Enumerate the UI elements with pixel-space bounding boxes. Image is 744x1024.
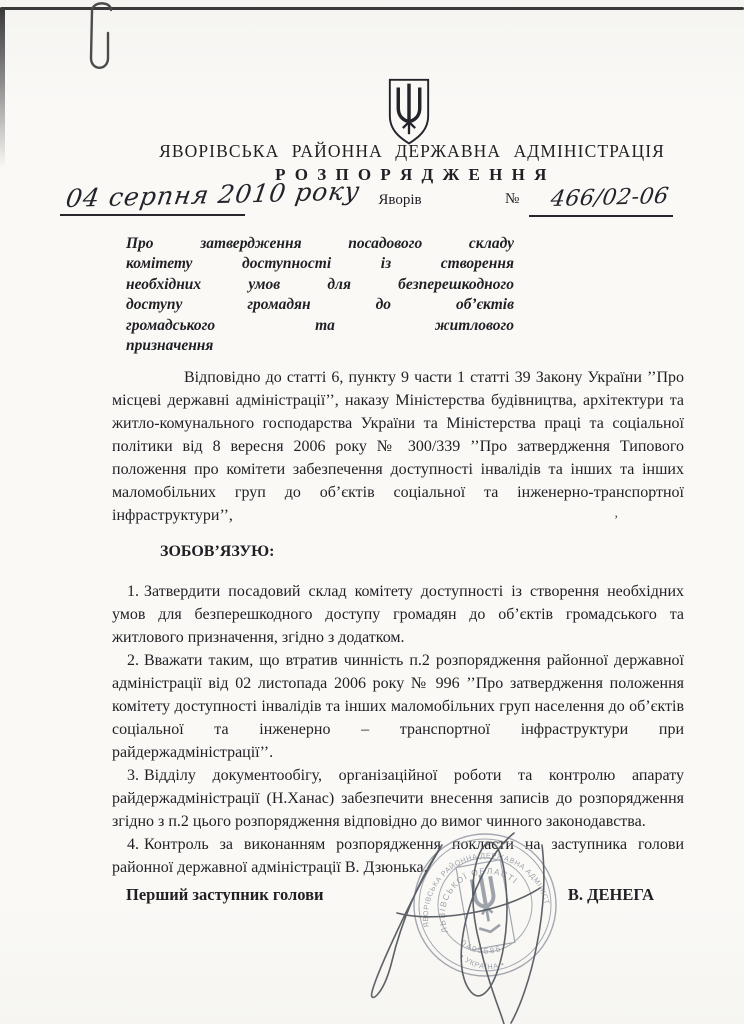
scanned-document-page: ЯВОРІВСЬКА РАЙОННА ДЕРЖАВНА АДМІНІСТРАЦІ… bbox=[0, 0, 744, 1024]
item-number: 4. bbox=[127, 836, 139, 853]
subject-line: комітету доступності із створення bbox=[126, 254, 514, 274]
handwritten-date: 04 серпня 2010 року bbox=[64, 176, 362, 213]
city-label: Яворів bbox=[340, 192, 460, 209]
item-number: 3. bbox=[127, 767, 139, 784]
scan-speck: ʼ bbox=[614, 512, 618, 528]
seal-outer-ring-text: ЯВОРІВСЬКА РАЙОННА ДЕРЖАВНА АДМІНІСТРАЦІ… bbox=[352, 793, 552, 941]
order-item-1: 1.Затвердити посадовий склад комітету до… bbox=[112, 580, 684, 649]
svg-text:ЯВОРІВСЬКА РАЙОННА ДЕРЖАВНА АД: ЯВОРІВСЬКА РАЙОННА ДЕРЖАВНА АДМІНІСТРАЦІ… bbox=[352, 793, 552, 941]
date-underline bbox=[60, 214, 245, 216]
paperclip-icon bbox=[66, 0, 130, 92]
handwritten-number: 466/02-06 bbox=[549, 184, 671, 212]
item-text: Затвердити посадовий склад комітету дост… bbox=[112, 583, 684, 646]
round-official-stamp: ЯВОРІВСЬКА РАЙОННА ДЕРЖАВНА АДМІНІСТРАЦІ… bbox=[352, 793, 567, 999]
item-text: Вважати таким, що втратив чинність п.2 р… bbox=[112, 652, 684, 761]
scan-edge-shadow bbox=[0, 8, 5, 168]
org-name: ЯВОРІВСЬКА РАЙОННА ДЕРЖАВНА АДМІНІСТРАЦІ… bbox=[112, 141, 712, 162]
signatory-title: Перший заступник голови bbox=[126, 885, 324, 905]
ukraine-trident-emblem bbox=[386, 77, 432, 147]
subject-block: Про затвердження посадового складу коміт… bbox=[126, 234, 514, 356]
subject-line: громадського та житлового bbox=[126, 316, 514, 336]
number-underline bbox=[529, 215, 673, 217]
subject-line: Про затвердження посадового складу bbox=[126, 234, 514, 254]
subject-line: призначення bbox=[126, 336, 514, 356]
number-sign: № bbox=[505, 191, 519, 208]
subject-line: доступу громадян до об’єктів bbox=[126, 295, 514, 315]
subject-line: необхідних умов для безперешкодного bbox=[126, 275, 514, 295]
item-number: 2. bbox=[127, 652, 139, 669]
preamble: Відповідно до статті 6, пункту 9 части 1… bbox=[112, 366, 684, 527]
order-item-2: 2.Вважати таким, що втратив чинність п.2… bbox=[112, 649, 684, 764]
obligation-heading: ЗОБОВ’ЯЗУЮ: bbox=[160, 540, 684, 563]
official-seal-and-signature: ЯВОРІВСЬКА РАЙОННА ДЕРЖАВНА АДМІНІСТРАЦІ… bbox=[352, 793, 667, 1024]
item-number: 1. bbox=[127, 583, 139, 600]
